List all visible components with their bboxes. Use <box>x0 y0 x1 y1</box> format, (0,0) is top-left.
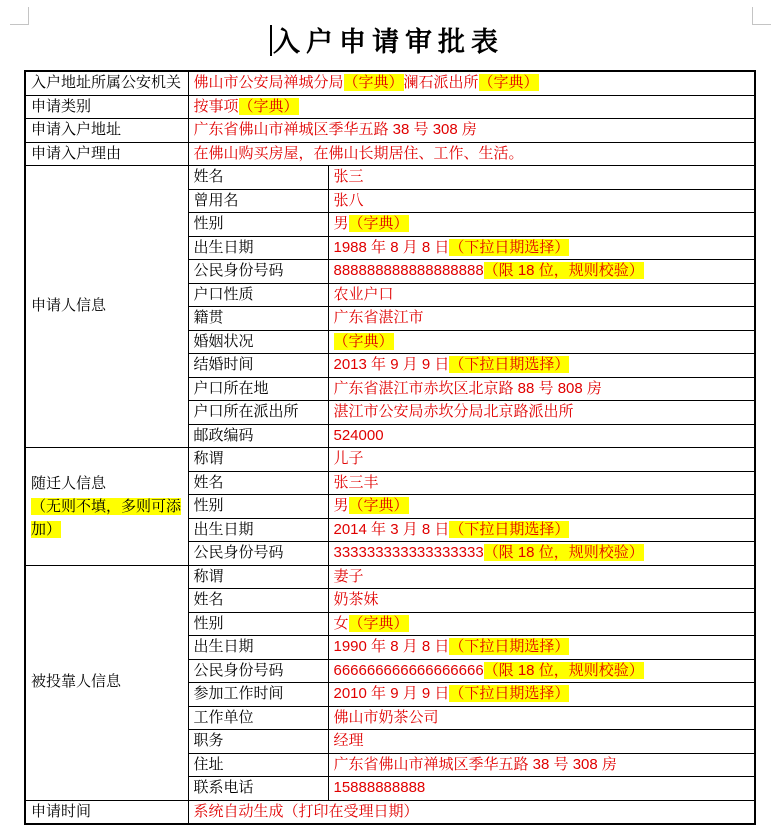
field-value-cell: 2013 年 9 月 9 日（下拉日期选择） <box>328 354 755 378</box>
field-value-cell: 张三丰 <box>328 471 755 495</box>
field-value: 广东省佛山市禅城区季华五路 38 号 308 房 <box>194 121 477 138</box>
field-value-cell: 333333333333333333（限 18 位，规则校验） <box>328 542 755 566</box>
field-value: 15888888888 <box>334 779 426 796</box>
sub-field-label: 公民身份号码 <box>194 262 284 279</box>
sub-field-label-cell: 性别 <box>188 213 328 237</box>
field-label: 申请入户地址 <box>31 121 121 138</box>
field-value-cell: 1990 年 8 月 8 日（下拉日期选择） <box>328 636 755 660</box>
section-label: 申请人信息 <box>31 297 106 314</box>
field-value-cell: 张八 <box>328 189 755 213</box>
field-value-cell: 湛江市公安局赤坎分局北京路派出所 <box>328 401 755 425</box>
sub-field-label-cell: 姓名 <box>188 471 328 495</box>
highlighted-note: （无则不填，多则可添加） <box>31 498 181 538</box>
table-row: 被投靠人信息称谓妻子 <box>25 565 755 589</box>
field-value-cell: 奶茶妹 <box>328 589 755 613</box>
highlighted-note: （下拉日期选择） <box>449 521 569 538</box>
sub-field-label-cell: 住址 <box>188 753 328 777</box>
field-value: 张八 <box>334 192 364 209</box>
sub-field-label: 婚姻状况 <box>194 333 254 350</box>
sub-field-label: 公民身份号码 <box>194 662 284 679</box>
section-label-line: 申请人信息 <box>31 295 186 318</box>
field-value: 张三丰 <box>334 474 379 491</box>
field-value-cell: 农业户口 <box>328 283 755 307</box>
sub-field-label: 住址 <box>194 756 224 773</box>
highlighted-note: （下拉日期选择） <box>449 685 569 702</box>
sub-field-label: 出生日期 <box>194 638 254 655</box>
sub-field-label: 籍贯 <box>194 309 224 326</box>
sub-field-label: 户口所在派出所 <box>194 403 299 420</box>
sub-field-label-cell: 职务 <box>188 730 328 754</box>
field-label-cell: 申请类别 <box>25 95 188 119</box>
table-row: 申请入户理由在佛山购买房屋，在佛山长期居住、工作、生活。 <box>25 142 755 166</box>
sub-field-label: 姓名 <box>194 474 224 491</box>
field-value-cell: 15888888888 <box>328 777 755 801</box>
highlighted-note: （限 18 位，规则校验） <box>484 544 644 561</box>
sub-field-label-cell: 户口所在地 <box>188 377 328 401</box>
sub-field-label-cell: 户口所在派出所 <box>188 401 328 425</box>
section-label-cell: 申请人信息 <box>25 166 188 448</box>
field-value: 888888888888888888 <box>334 262 484 279</box>
field-value: 524000 <box>334 427 384 444</box>
field-value-cell: 广东省佛山市禅城区季华五路 38 号 308 房 <box>328 753 755 777</box>
sub-field-label: 联系电话 <box>194 779 254 796</box>
field-value-cell: 广东省佛山市禅城区季华五路 38 号 308 房 <box>188 119 755 143</box>
field-value: 广东省湛江市 <box>334 309 424 326</box>
highlighted-note: （限 18 位，规则校验） <box>484 662 644 679</box>
field-value: 1990 年 8 月 8 日 <box>334 638 450 655</box>
sub-field-label: 性别 <box>194 615 224 632</box>
table-row: 申请类别按事项（字典） <box>25 95 755 119</box>
field-value-cell: 1988 年 8 月 8 日（下拉日期选择） <box>328 236 755 260</box>
sub-field-label: 姓名 <box>194 168 224 185</box>
field-value: 佛山市奶茶公司 <box>334 709 439 726</box>
highlighted-note: （字典） <box>334 333 394 350</box>
field-value-cell: 佛山市奶茶公司 <box>328 706 755 730</box>
sub-field-label: 职务 <box>194 732 224 749</box>
field-value-cell: 佛山市公安局禅城分局（字典）澜石派出所（字典） <box>188 71 755 95</box>
sub-field-label: 称谓 <box>194 568 224 585</box>
sub-field-label-cell: 姓名 <box>188 589 328 613</box>
field-value: 2010 年 9 月 9 日 <box>334 685 450 702</box>
sub-field-label-cell: 工作单位 <box>188 706 328 730</box>
sub-field-label-cell: 称谓 <box>188 565 328 589</box>
field-value-cell: 888888888888888888（限 18 位，规则校验） <box>328 260 755 284</box>
highlighted-note: （字典） <box>239 98 299 115</box>
field-label-cell: 申请入户理由 <box>25 142 188 166</box>
sub-field-label-cell: 公民身份号码 <box>188 260 328 284</box>
field-value: 经理 <box>334 732 364 749</box>
field-value-cell: 666666666666666666（限 18 位，规则校验） <box>328 659 755 683</box>
sub-field-label: 结婚时间 <box>194 356 254 373</box>
text-cursor <box>270 25 272 56</box>
sub-field-label: 称谓 <box>194 450 224 467</box>
sub-field-label-cell: 姓名 <box>188 166 328 190</box>
field-value: 女 <box>334 615 349 632</box>
highlighted-note: （下拉日期选择） <box>449 356 569 373</box>
sub-field-label: 邮政编码 <box>194 427 254 444</box>
sub-field-label-cell: 称谓 <box>188 448 328 472</box>
sub-field-label: 参加工作时间 <box>194 685 284 702</box>
field-value-cell: 张三 <box>328 166 755 190</box>
sub-field-label-cell: 邮政编码 <box>188 424 328 448</box>
document-title-row: 入户申请审批表 <box>0 20 774 59</box>
field-label-cell: 入户地址所属公安机关 <box>25 71 188 95</box>
field-value-cell: 男（字典） <box>328 213 755 237</box>
sub-field-label: 出生日期 <box>194 521 254 538</box>
sub-field-label-cell: 出生日期 <box>188 236 328 260</box>
field-value-cell: 2014 年 3 月 8 日（下拉日期选择） <box>328 518 755 542</box>
field-value: 男 <box>334 497 349 514</box>
field-label-cell: 申请时间 <box>25 800 188 824</box>
table-row: 申请时间系统自动生成（打印在受理日期） <box>25 800 755 824</box>
field-value: 广东省佛山市禅城区季华五路 38 号 308 房 <box>334 756 617 773</box>
sub-field-label-cell: 曾用名 <box>188 189 328 213</box>
sub-field-label: 户口所在地 <box>194 380 269 397</box>
table-row: 随迁人信息（无则不填，多则可添加）称谓儿子 <box>25 448 755 472</box>
sub-field-label-cell: 婚姻状况 <box>188 330 328 354</box>
field-value-cell: 女（字典） <box>328 612 755 636</box>
sub-field-label-cell: 户口性质 <box>188 283 328 307</box>
sub-field-label-cell: 籍贯 <box>188 307 328 331</box>
sub-field-label-cell: 出生日期 <box>188 518 328 542</box>
sub-field-label-cell: 公民身份号码 <box>188 542 328 566</box>
field-label: 申请类别 <box>31 98 91 115</box>
field-value: 儿子 <box>334 450 364 467</box>
section-label-cell: 随迁人信息（无则不填，多则可添加） <box>25 448 188 566</box>
field-value: 湛江市公安局赤坎分局北京路派出所 <box>334 403 574 420</box>
field-value-cell: 广东省湛江市赤坎区北京路 88 号 808 房 <box>328 377 755 401</box>
sub-field-label: 工作单位 <box>194 709 254 726</box>
field-label: 申请入户理由 <box>31 145 121 162</box>
sub-field-label-cell: 联系电话 <box>188 777 328 801</box>
sub-field-label: 户口性质 <box>194 286 254 303</box>
field-value: 广东省湛江市赤坎区北京路 88 号 808 房 <box>334 380 602 397</box>
approval-form-table: 入户地址所属公安机关佛山市公安局禅城分局（字典）澜石派出所（字典）申请类别按事项… <box>24 70 756 825</box>
field-value: 按事项 <box>194 98 239 115</box>
field-value-cell: 经理 <box>328 730 755 754</box>
field-value: 奶茶妹 <box>334 591 379 608</box>
section-label-cell: 被投靠人信息 <box>25 565 188 800</box>
table-row: 入户地址所属公安机关佛山市公安局禅城分局（字典）澜石派出所（字典） <box>25 71 755 95</box>
field-value: 333333333333333333 <box>334 544 484 561</box>
field-value: 妻子 <box>334 568 364 585</box>
sub-field-label: 性别 <box>194 215 224 232</box>
field-value: 在佛山购买房屋，在佛山长期居住、工作、生活。 <box>194 145 524 162</box>
field-value-cell: 儿子 <box>328 448 755 472</box>
sub-field-label-cell: 性别 <box>188 495 328 519</box>
page-title: 入户申请审批表 <box>273 27 504 57</box>
field-value-cell: 524000 <box>328 424 755 448</box>
section-label: 随迁人信息 <box>31 475 106 492</box>
form-table-body: 入户地址所属公安机关佛山市公安局禅城分局（字典）澜石派出所（字典）申请类别按事项… <box>25 71 755 824</box>
field-value: 2014 年 3 月 8 日 <box>334 521 450 538</box>
sub-field-label: 曾用名 <box>194 192 239 209</box>
field-label: 申请时间 <box>31 803 91 820</box>
field-label-cell: 申请入户地址 <box>25 119 188 143</box>
highlighted-note: （字典） <box>349 497 409 514</box>
field-value: 澜石派出所 <box>404 74 479 91</box>
field-value-cell: 2010 年 9 月 9 日（下拉日期选择） <box>328 683 755 707</box>
field-value-cell: （字典） <box>328 330 755 354</box>
field-value: 农业户口 <box>334 286 394 303</box>
sub-field-label: 公民身份号码 <box>194 544 284 561</box>
table-row: 申请入户地址广东省佛山市禅城区季华五路 38 号 308 房 <box>25 119 755 143</box>
highlighted-note: （字典） <box>344 74 404 91</box>
highlighted-note: （字典） <box>479 74 539 91</box>
sub-field-label-cell: 出生日期 <box>188 636 328 660</box>
highlighted-note: （限 18 位，规则校验） <box>484 262 644 279</box>
section-label: 被投靠人信息 <box>31 673 121 690</box>
field-label: 入户地址所属公安机关 <box>31 74 181 91</box>
field-value-cell: 在佛山购买房屋，在佛山长期居住、工作、生活。 <box>188 142 755 166</box>
highlighted-note: （字典） <box>349 215 409 232</box>
table-row: 申请人信息姓名张三 <box>25 166 755 190</box>
field-value: 1988 年 8 月 8 日 <box>334 239 450 256</box>
highlighted-note: （下拉日期选择） <box>449 239 569 256</box>
sub-field-label-cell: 性别 <box>188 612 328 636</box>
field-value-cell: 男（字典） <box>328 495 755 519</box>
sub-field-label-cell: 参加工作时间 <box>188 683 328 707</box>
section-label-line: 随迁人信息 <box>31 472 186 495</box>
field-value: 系统自动生成（打印在受理日期） <box>194 803 419 820</box>
sub-field-label: 姓名 <box>194 591 224 608</box>
sub-field-label: 性别 <box>194 497 224 514</box>
field-value-cell: 按事项（字典） <box>188 95 755 119</box>
field-value: 张三 <box>334 168 364 185</box>
sub-field-label-cell: 公民身份号码 <box>188 659 328 683</box>
field-value: 佛山市公安局禅城分局 <box>194 74 344 91</box>
highlighted-note: （字典） <box>349 615 409 632</box>
section-label-line: 被投靠人信息 <box>31 671 186 694</box>
field-value-cell: 广东省湛江市 <box>328 307 755 331</box>
section-label-line: （无则不填，多则可添加） <box>31 495 186 541</box>
highlighted-note: （下拉日期选择） <box>449 638 569 655</box>
sub-field-label-cell: 结婚时间 <box>188 354 328 378</box>
field-value: 666666666666666666 <box>334 662 484 679</box>
field-value-cell: 系统自动生成（打印在受理日期） <box>188 800 755 824</box>
field-value: 2013 年 9 月 9 日 <box>334 356 450 373</box>
field-value: 男 <box>334 215 349 232</box>
field-value-cell: 妻子 <box>328 565 755 589</box>
sub-field-label: 出生日期 <box>194 239 254 256</box>
